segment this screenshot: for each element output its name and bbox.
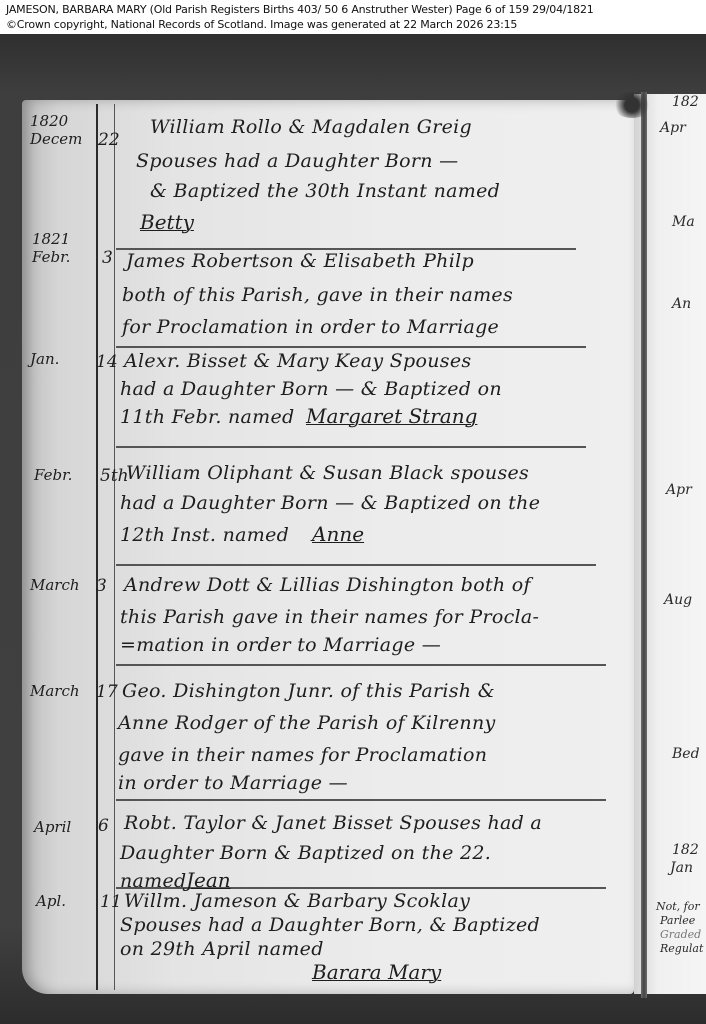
entry-divider: [116, 446, 586, 448]
entry-text-line: Spouses had a Daughter Born —: [136, 150, 458, 172]
child-name: Anne: [312, 522, 364, 546]
entry-month: March: [30, 576, 80, 594]
entry-text-line: & Baptized the 30th Instant named: [150, 180, 500, 202]
entry-month: Apl.: [36, 892, 66, 910]
entry-text-line: had a Daughter Born — & Baptized on the: [120, 492, 540, 514]
day-column-rule: [114, 104, 115, 990]
copyright-notice: ©Crown copyright, National Records of Sc…: [6, 17, 706, 32]
entry-text-line: 11th Febr. named: [120, 406, 295, 428]
facing-page-fragment: Apr: [666, 482, 692, 498]
facing-page-fragment: Apr: [660, 120, 686, 136]
entry-divider: [116, 564, 596, 566]
facing-page-fragment: Bed: [672, 746, 700, 762]
entry-day: 22: [98, 130, 120, 150]
entry-day: 14: [96, 352, 118, 372]
entry-text-line: had a Daughter Born — & Baptized on: [120, 378, 502, 400]
entry-month: Decem: [30, 130, 82, 148]
facing-page-fragment: An: [672, 296, 691, 312]
entry-text-line: in order to Marriage —: [118, 772, 348, 794]
month-column-rule: [96, 104, 98, 990]
child-name: Barara Mary: [312, 960, 441, 984]
entry-day: 3: [96, 576, 107, 596]
facing-page-fragment: Jan: [670, 860, 693, 876]
entry-text-line: =mation in order to Marriage —: [120, 634, 441, 656]
entry-month: Jan.: [30, 350, 59, 368]
entry-text-line: this Parish gave in their names for Proc…: [120, 606, 539, 628]
entry-day: 11: [100, 892, 122, 912]
record-title: JAMESON, BARBARA MARY (Old Parish Regist…: [6, 2, 706, 17]
entry-divider: [116, 664, 606, 666]
entry-text-line: Daughter Born & Baptized on the 22.: [120, 842, 491, 864]
entry-text-line: Geo. Dishington Junr. of this Parish &: [122, 680, 495, 702]
entry-text-line: for Proclamation in order to Marriage: [122, 316, 499, 338]
entry-text-line: 12th Inst. named: [120, 524, 289, 546]
entry-text-line: Andrew Dott & Lillias Dishington both of: [124, 574, 531, 596]
entry-day: 3: [102, 248, 113, 268]
entry-month: Febr.: [34, 466, 72, 484]
entry-text-line: on 29th April named: [120, 938, 324, 960]
entry-text-line: Anne Rodger of the Parish of Kilrenny: [118, 712, 496, 734]
child-name: Jean: [186, 868, 231, 892]
facing-page-fragment: Aug: [664, 592, 692, 608]
entry-text-line: James Robertson & Elisabeth Philp: [126, 250, 474, 272]
facing-page-note: Not, for: [656, 900, 700, 913]
facing-page-note: Regulat: [660, 942, 703, 955]
entry-month: April: [34, 818, 71, 836]
entry-day: 5th: [100, 466, 129, 486]
facing-page-fragment: 182: [672, 94, 699, 110]
entry-day: 17: [96, 682, 118, 702]
entry-text-line: named: [120, 870, 187, 892]
year-label: 1821: [32, 230, 70, 248]
year-label: 1820: [30, 112, 68, 130]
entry-text-line: both of this Parish, gave in their names: [122, 284, 513, 306]
entry-text-line: William Oliphant & Susan Black spouses: [126, 462, 529, 484]
child-name: Betty: [140, 210, 194, 234]
entry-text-line: Alexr. Bisset & Mary Keay Spouses: [124, 350, 471, 372]
facing-page-fragment: 182: [672, 842, 699, 858]
entry-text-line: William Rollo & Magdalen Greig: [150, 116, 472, 138]
entry-divider: [116, 346, 586, 348]
entry-month: March: [30, 682, 80, 700]
entry-month: Febr.: [32, 248, 70, 266]
facing-page-note: Graded: [660, 928, 701, 941]
facing-page-fragment: Ma: [672, 214, 695, 230]
record-header: JAMESON, BARBARA MARY (Old Parish Regist…: [0, 0, 706, 36]
child-name: Margaret Strang: [306, 404, 477, 428]
register-scan-image: 1820 Decem 22 William Rollo & Magdalen G…: [0, 34, 706, 1024]
entry-text-line: Spouses had a Daughter Born, & Baptized: [120, 914, 540, 936]
entry-day: 6: [98, 816, 109, 836]
entry-text-line: gave in their names for Proclamation: [118, 744, 487, 766]
entry-text-line: Robt. Taylor & Janet Bisset Spouses had …: [124, 812, 542, 834]
entry-text-line: Willm. Jameson & Barbary Scoklay: [124, 890, 470, 912]
ink-blot: [612, 92, 652, 118]
entry-divider: [116, 799, 606, 801]
facing-page-note: Parlee: [660, 914, 695, 927]
book-gutter: [641, 92, 647, 998]
